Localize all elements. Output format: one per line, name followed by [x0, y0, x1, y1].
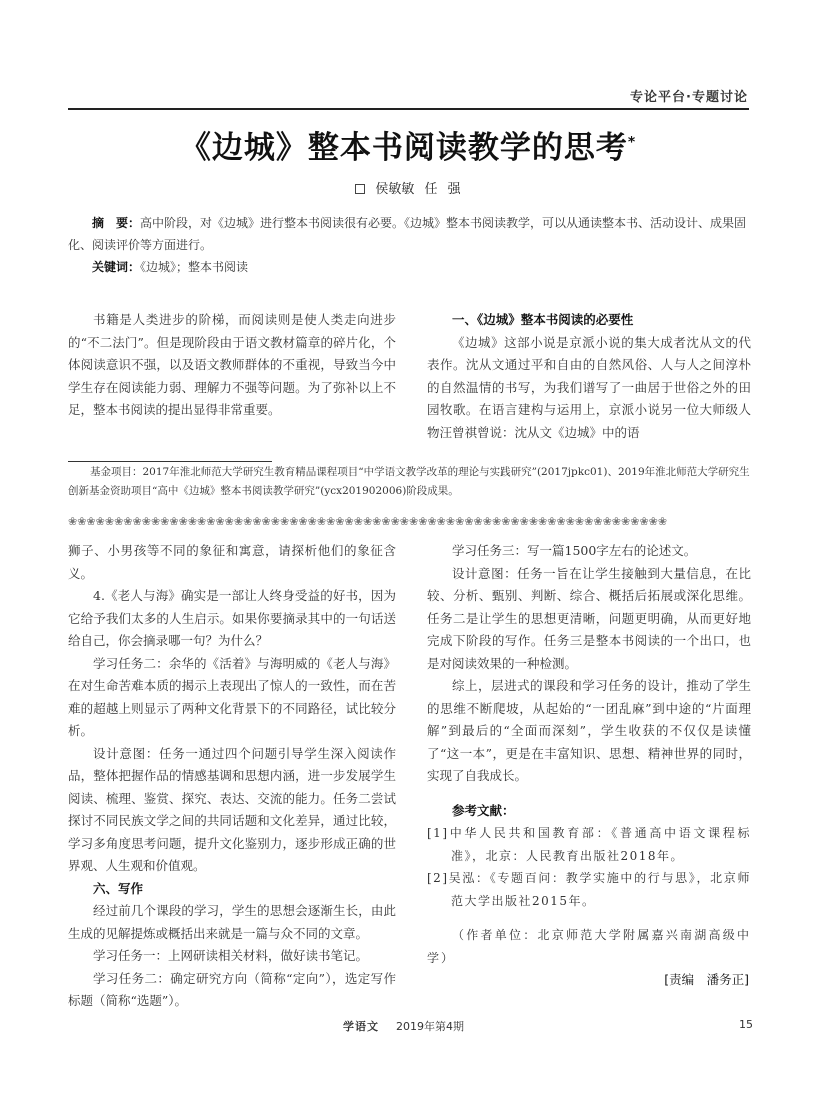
body-paragraph: 设计意图：任务一旨在让学生接触到大量信息，在比较、分析、甄别、判断、综合、概括后… [427, 563, 751, 676]
references-heading: 参考文献： [427, 800, 751, 823]
body-paragraph: 经过前几个课段的学习，学生的思想会逐渐生长，由此生成的见解提炼或概括出来就是一篇… [68, 900, 396, 945]
page-number: 15 [739, 1018, 753, 1031]
author-affiliation: （作者单位：北京师范大学附属嘉兴南湖高级中学） [427, 924, 751, 969]
funding-note: 基金项目：2017年淮北师范大学研究生教育精品课程项目“中学语文教学改革的理论与… [68, 463, 750, 501]
editor-credit: [责编 潘务正] [427, 969, 751, 992]
header-rule [68, 108, 749, 110]
abstract-text: 高中阶段，对《边城》进行整本书阅读很有必要。《边城》整本书阅读教学，可以从通读整… [68, 216, 746, 252]
keywords-label: 关键词： [92, 260, 140, 274]
right-column: 学习任务三：写一篇1500字左右的论述文。 设计意图：任务一旨在让学生接触到大量… [427, 540, 751, 992]
reference-item: [2]吴泓：《专题百问：教学实施中的行与思》，北京师范大学出版社2015年。 [427, 867, 751, 912]
body-paragraph: 学习任务二：确定研究方向（简称“定向”），选定写作标题（简称“选题”）。 [68, 968, 396, 1013]
body-paragraph: 学习任务一：上网研读相关材料，做好读书笔记。 [68, 945, 396, 968]
issue-label: 2019年第4期 [396, 1018, 464, 1034]
author-line: 侯敏敏 任 强 [0, 178, 816, 197]
journal-name: 学语文 [343, 1018, 379, 1034]
body-paragraph: 狮子、小男孩等不同的象征和寓意，请探析他们的象征含义。 [68, 540, 396, 585]
article-title-text: 《边城》整本书阅读教学的思考 [180, 130, 628, 166]
left-column: 狮子、小男孩等不同的象征和寓意，请探析他们的象征含义。 4.《老人与海》确实是一… [68, 540, 396, 1013]
intro-column: 书籍是人类进步的阶梯，而阅读则是使人类走向进步的“不二法门”。但是现阶段由于语文… [68, 309, 396, 422]
section-label: 专论平台·专题讨论 [630, 86, 748, 105]
title-footnote-mark: * [628, 135, 636, 151]
body-paragraph: 学习任务三：写一篇1500字左右的论述文。 [427, 540, 751, 563]
body-paragraph: 《边城》这部小说是京派小说的集大成者沈从文的代表作。沈从文通过平和自由的自然风俗… [427, 332, 751, 445]
section-one-column: 一、《边城》整本书阅读的必要性 《边城》这部小说是京派小说的集大成者沈从文的代表… [427, 309, 751, 444]
body-paragraph: 学习任务二：余华的《活着》与海明威的《老人与海》在对生命苦难本质的揭示上表现出了… [68, 653, 396, 743]
star-divider: ❀❀❀❀❀❀❀❀❀❀❀❀❀❀❀❀❀❀❀❀❀❀❀❀❀❀❀❀❀❀❀❀❀❀❀❀❀❀❀❀… [68, 516, 750, 528]
body-paragraph: 4.《老人与海》确实是一部让人终身受益的好书，因为它给予我们太多的人生启示。如果… [68, 585, 396, 653]
abstract: 摘 要：高中阶段，对《边城》进行整本书阅读很有必要。《边城》整本书阅读教学，可以… [68, 212, 750, 256]
body-paragraph: 综上，层进式的课段和学习任务的设计，推动了学生的思维不断爬坡，从起始的“一团乱麻… [427, 675, 751, 788]
abstract-block: 摘 要：高中阶段，对《边城》进行整本书阅读很有必要。《边城》整本书阅读教学，可以… [68, 212, 750, 278]
footnote: 基金项目：2017年淮北师范大学研究生教育精品课程项目“中学语文教学改革的理论与… [68, 463, 750, 501]
section-heading: 一、《边城》整本书阅读的必要性 [427, 309, 751, 332]
section-heading: 六、写作 [68, 878, 396, 901]
abstract-label: 摘 要： [92, 216, 140, 230]
keywords-text: 《边城》；整本书阅读 [140, 260, 248, 274]
authors: 侯敏敏 任 强 [375, 182, 460, 197]
footnote-rule [68, 461, 272, 462]
reference-item: [1]中华人民共和国教育部：《普通高中语文课程标准》，北京：人民教育出版社201… [427, 822, 751, 867]
article-title: 《边城》整本书阅读教学的思考* [0, 122, 816, 167]
intro-paragraph: 书籍是人类进步的阶梯，而阅读则是使人类走向进步的“不二法门”。但是现阶段由于语文… [68, 309, 396, 422]
author-box-icon [355, 184, 365, 194]
keywords: 关键词：《边城》；整本书阅读 [68, 256, 750, 278]
body-paragraph: 设计意图：任务一通过四个问题引导学生深入阅读作品，整体把握作品的情感基调和思想内… [68, 743, 396, 878]
